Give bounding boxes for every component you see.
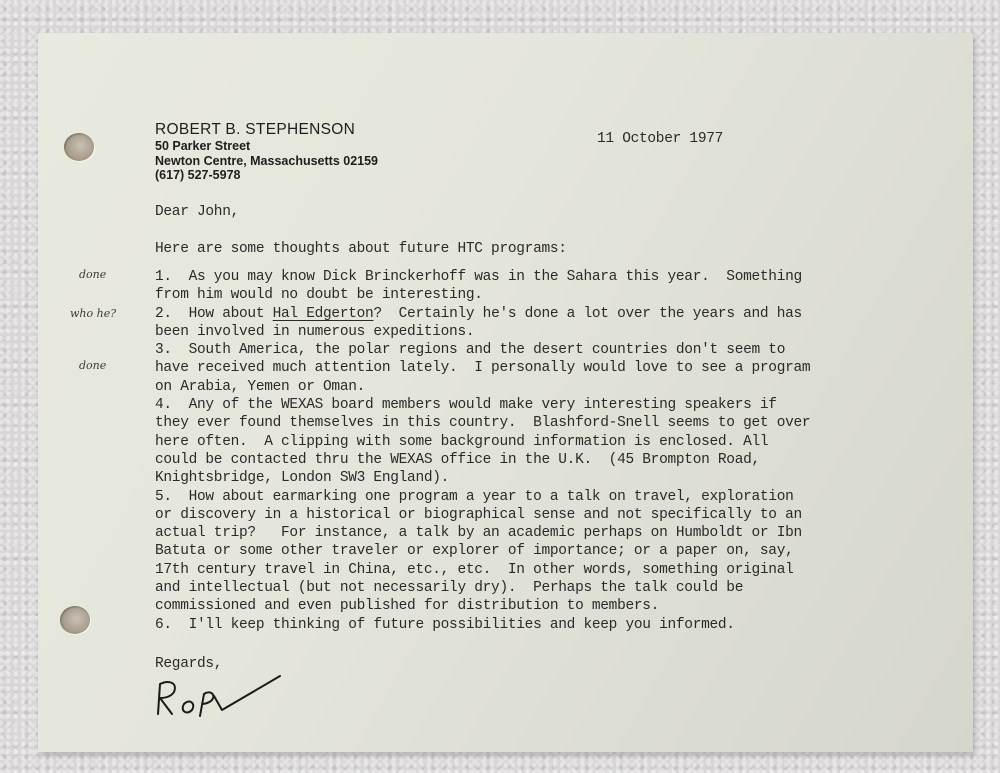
line-text: ? Certainly he's done a lot over the yea…: [373, 306, 801, 322]
sender-phone: (617) 527-5978: [155, 168, 378, 183]
margin-note: done: [79, 268, 106, 281]
letter-line: have received much attention lately. I p…: [155, 359, 810, 377]
letter-line: 5. How about earmarking one program a ye…: [155, 488, 810, 506]
letter-line: 4. Any of the WEXAS board members would …: [155, 396, 810, 414]
letter-line: 1. As you may know Dick Brinckerhoff was…: [155, 268, 810, 286]
sender-name: ROBERT B. STEPHENSON: [155, 120, 378, 139]
signature-scribble-icon: [150, 670, 290, 725]
underlined-name: Hal Edgerton: [273, 306, 374, 322]
letter-line: 3. South America, the polar regions and …: [155, 341, 810, 359]
punch-hole: [64, 133, 94, 161]
salutation: Dear John,: [155, 204, 239, 220]
margin-note: who he?: [70, 307, 116, 320]
letter-line: actual trip? For instance, a talk by an …: [155, 524, 810, 542]
letter-date: 11 October 1977: [597, 131, 723, 147]
sender-city: Newton Centre, Massachusetts 02159: [155, 154, 378, 169]
letter-line: and intellectual (but not necessarily dr…: [155, 579, 810, 597]
letter-line: 17th century travel in China, etc., etc.…: [155, 561, 810, 579]
letter-line: here often. A clipping with some backgro…: [155, 433, 810, 451]
letterhead: ROBERT B. STEPHENSON 50 Parker Street Ne…: [155, 120, 378, 183]
letter-line: they ever found themselves in this count…: [155, 414, 810, 432]
letter-line: 2. How about Hal Edgerton? Certainly he'…: [155, 305, 810, 323]
letter-line: could be contacted thru the WEXAS office…: [155, 451, 810, 469]
letter-line: been involved in numerous expeditions.: [155, 323, 810, 341]
letter-line: Batuta or some other traveler or explore…: [155, 542, 810, 560]
letter-line: from him would no doubt be interesting.: [155, 286, 810, 304]
letter-line: or discovery in a historical or biograph…: [155, 506, 810, 524]
signature: [150, 670, 290, 730]
letter-body: 1. As you may know Dick Brinckerhoff was…: [155, 268, 810, 634]
letter-line: commissioned and even published for dist…: [155, 597, 810, 615]
margin-note: done: [79, 359, 106, 372]
letter-line: 6. I'll keep thinking of future possibil…: [155, 616, 810, 634]
letter-line: Knightsbridge, London SW3 England).: [155, 469, 810, 487]
intro-line: Here are some thoughts about future HTC …: [155, 241, 567, 257]
sender-street: 50 Parker Street: [155, 139, 378, 154]
line-text: 2. How about: [155, 306, 273, 322]
letter-line: on Arabia, Yemen or Oman.: [155, 378, 810, 396]
punch-hole: [60, 606, 90, 634]
